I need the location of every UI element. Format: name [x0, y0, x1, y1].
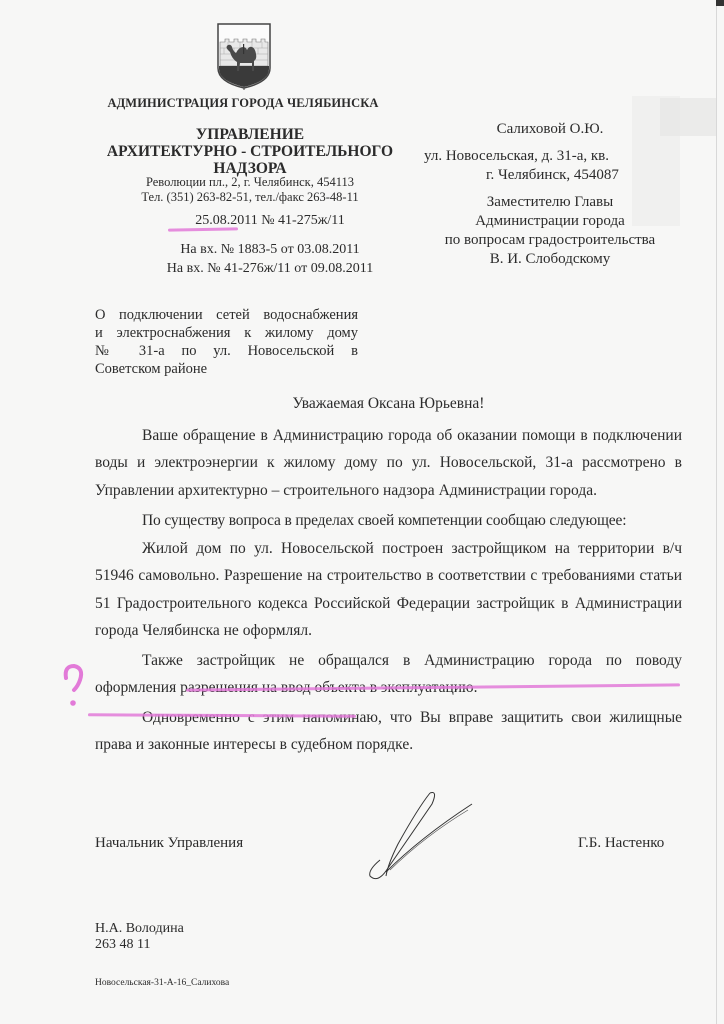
body-paragraph: Также застройщик не обращался в Админист…: [95, 647, 682, 702]
subject-line: О подключении сетей водоснабжения: [95, 306, 358, 324]
recipient-city: г. Челябинск, 454087: [416, 166, 684, 185]
registration-date: 25.08.2011: [195, 213, 257, 228]
document-filename: Новосельская-31-А-16_Салихова: [95, 978, 229, 988]
executor-phone: 263 48 11: [95, 937, 184, 953]
registration-line: 25.08.2011 № 41-275ж/11: [140, 213, 400, 229]
scan-edge: [716, 0, 717, 1024]
body-paragraph: Ваше обращение в Администрацию города об…: [95, 422, 682, 505]
department-contacts: Революции пл., 2, г. Челябинск, 454113 Т…: [110, 175, 390, 205]
subject-line: Советском районе: [95, 360, 358, 378]
department-line: АРХИТЕКТУРНО - СТРОИТЕЛЬНОГО: [100, 143, 400, 160]
date-highlight-mark: [168, 227, 238, 231]
copy-to-line: по вопросам градостроительства: [416, 231, 684, 250]
body-paragraph: Одновременно с этим напоминаю, что Вы вп…: [95, 704, 682, 759]
executor-name: Н.А. Володина: [95, 921, 184, 937]
department-name: УПРАВЛЕНИЕ АРХИТЕКТУРНО - СТРОИТЕЛЬНОГО …: [100, 126, 400, 177]
signer-name: Г.Б. Настенко: [578, 835, 664, 852]
department-line: УПРАВЛЕНИЕ: [100, 126, 400, 143]
signer-title: Начальник Управления: [95, 835, 243, 852]
copy-to-line: Администрации города: [416, 212, 684, 231]
copy-to-line: Заместителю Главы: [416, 193, 684, 212]
scanned-letter-page: АДМИНИСТРАЦИЯ ГОРОДА ЧЕЛЯБИНСКА УПРАВЛЕН…: [0, 0, 724, 1024]
scan-corner-artifact: [716, 0, 724, 6]
department-phone: Тел. (351) 263-82-51, тел./факс 263-48-1…: [110, 190, 390, 205]
recipient-street: ул. Новосельская, д. 31-а, кв.: [416, 147, 684, 166]
subject-line: № 31-а по ул. Новосельской в: [95, 342, 358, 360]
recipient-name: Салиховой О.Ю.: [416, 120, 684, 139]
body-paragraph: Жилой дом по ул. Новосельской построен з…: [95, 535, 682, 645]
organization-name: АДМИНИСТРАЦИЯ ГОРОДА ЧЕЛЯБИНСКА: [94, 96, 392, 111]
registration-number: № 41-275ж/11: [261, 213, 345, 228]
handwritten-question-mark-icon: [60, 660, 90, 710]
copy-to-line: В. И. Слободскому: [416, 250, 684, 269]
executor-block: Н.А. Володина 263 48 11: [95, 921, 184, 953]
handwritten-signature-icon: [330, 788, 480, 883]
body-paragraph: По существу вопроса в пределах своей ком…: [95, 507, 682, 535]
letter-subject: О подключении сетей водоснабжения и элек…: [95, 306, 358, 378]
incoming-references: На вх. № 1883-5 от 03.08.2011 На вх. № 4…: [140, 240, 400, 278]
chelyabinsk-coat-of-arms-icon: [216, 22, 272, 90]
letter-body: Уважаемая Оксана Юрьевна! Ваше обращение…: [95, 390, 682, 759]
incoming-reference: На вх. № 41-276ж/11 от 09.08.2011: [140, 259, 400, 278]
department-address: Революции пл., 2, г. Челябинск, 454113: [110, 175, 390, 190]
subject-line: и электроснабжения к жилому дому: [95, 324, 358, 342]
incoming-reference: На вх. № 1883-5 от 03.08.2011: [140, 240, 400, 259]
recipient-block: Салиховой О.Ю. ул. Новосельская, д. 31-а…: [416, 120, 684, 269]
salutation: Уважаемая Оксана Юрьевна!: [95, 390, 682, 418]
